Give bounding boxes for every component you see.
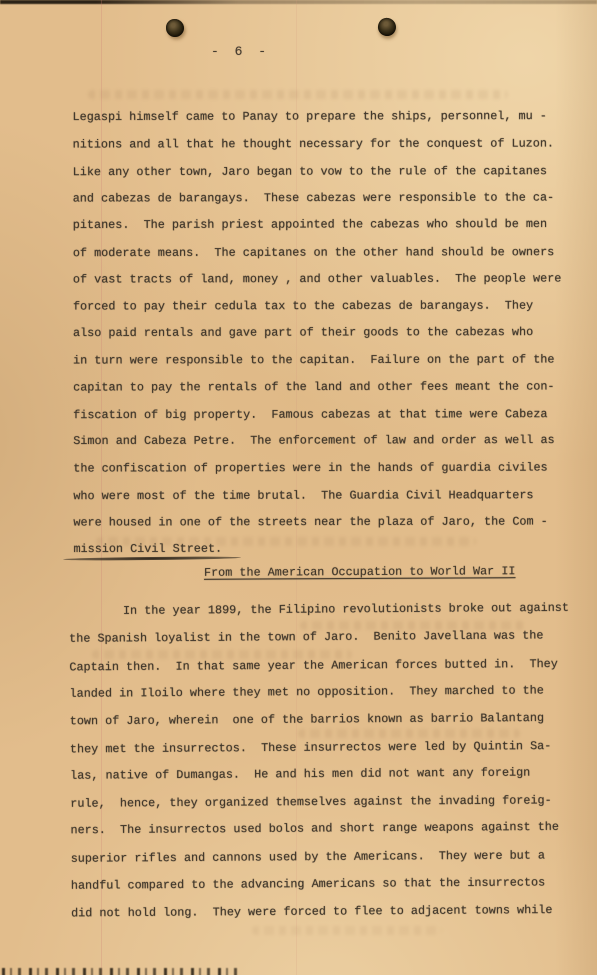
typed-line: and cabezas de barangays. These cabezas … — [73, 184, 559, 212]
typed-line: las, native of Dumangas. He and his men … — [70, 760, 566, 791]
typed-line: also paid rentals and gave part of their… — [73, 319, 559, 347]
typed-line: fiscation of big property. Famous cabeza… — [73, 401, 559, 429]
document-page: - 6 - Legaspi himself came to Panay to p… — [0, 0, 597, 975]
typed-line: town of Jaro, wherein one of the barrios… — [70, 704, 566, 735]
typed-line: were housed in one of the streets near t… — [73, 508, 559, 536]
typed-line: the confiscation of properties were in t… — [73, 454, 559, 482]
typed-line: Like any other town, Jaro began to vow t… — [73, 158, 559, 186]
typed-line: the Spanish loyalist in the town of Jaro… — [69, 623, 565, 654]
typed-line: handful compared to the advancing Americ… — [71, 869, 567, 900]
typed-line: in turn were responsible to the capitan.… — [73, 346, 559, 374]
typed-line: did not hold long. They were forced to f… — [71, 897, 567, 928]
section-heading: From the American Occupation to World Wa… — [204, 564, 516, 580]
typed-line: of moderate means. The capitanes on the … — [73, 239, 559, 267]
ink-bleed-smudge — [88, 90, 508, 99]
typed-line: of vast tracts of land, money , and othe… — [73, 265, 559, 293]
typed-line: landed in Iloilo where they met no oppos… — [69, 677, 565, 708]
paragraph-spanish-era: Legaspi himself came to Panay to prepare… — [73, 103, 560, 563]
typed-line: forced to pay their cedula tax to the ca… — [73, 292, 559, 320]
typed-line: capitan to pay the rentals of the land a… — [73, 373, 559, 401]
typed-line: rule, hence, they organized themselves a… — [70, 787, 566, 818]
typed-line: Simon and Cabeza Petre. The enforcement … — [73, 427, 559, 455]
paragraph-american-occupation: In the year 1899, the Filipino revolutio… — [69, 595, 567, 927]
punch-hole — [376, 16, 398, 38]
scan-edge-shadow — [0, 0, 597, 4]
typed-line: who were most of the time brutal. The Gu… — [73, 482, 559, 510]
typed-line: In the year 1899, the Filipino revolutio… — [69, 595, 565, 626]
typed-line: pitanes. The parish priest appointed the… — [73, 211, 559, 239]
typed-line: ners. The insurrectos used bolos and sho… — [70, 814, 566, 845]
typed-line: nitions and all that he thought necessar… — [73, 130, 559, 158]
typed-line: Legaspi himself came to Panay to prepare… — [73, 103, 559, 131]
ink-bleed-smudge — [252, 926, 442, 935]
page-number: - 6 - — [211, 44, 270, 59]
cutoff-text-fragment — [2, 968, 237, 975]
typed-line: Captain then. In that same year the Amer… — [69, 651, 565, 682]
typed-line: superior rifles and cannons used by the … — [71, 842, 567, 873]
typed-line: they met the insurrectos. These insurrec… — [70, 733, 566, 764]
punch-hole — [166, 19, 184, 37]
